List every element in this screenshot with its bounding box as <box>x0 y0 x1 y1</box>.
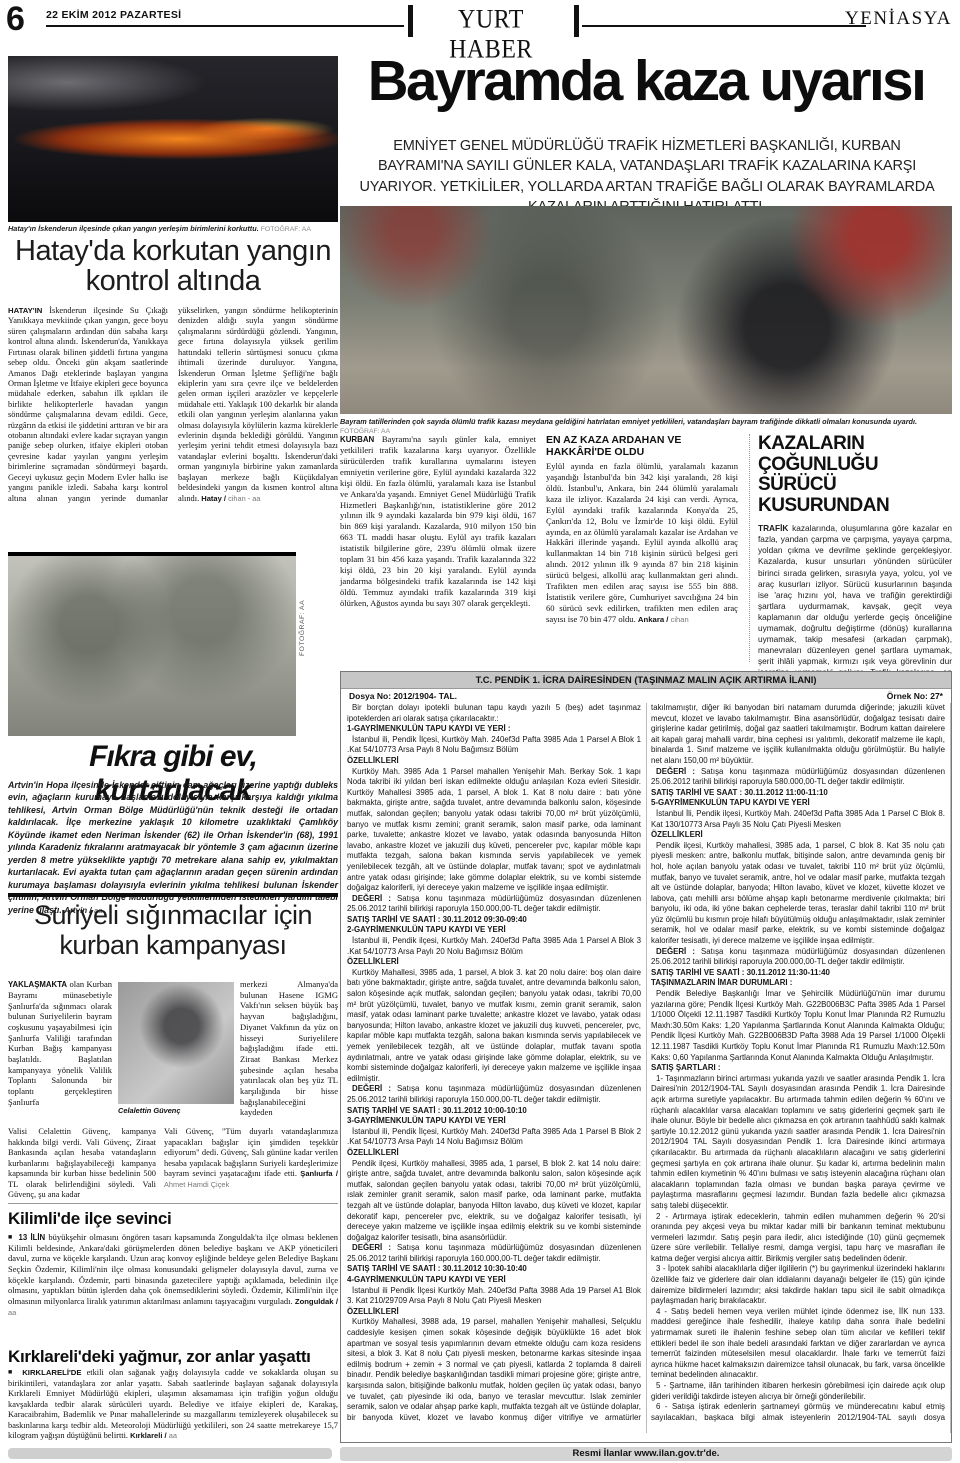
kilimli-signature-agency: aa <box>8 1308 16 1317</box>
legal-title-main: T.C. PENDİK 1. İCRA DAİRESİNDEN <box>476 675 632 685</box>
lead-headline: Bayramda kaza uyarısı <box>343 54 949 110</box>
masthead-rule-right <box>582 25 866 27</box>
hatay-lead-word: HATAY'IN <box>8 306 42 315</box>
masthead-bar-right <box>574 5 579 37</box>
section-divider-rule <box>8 893 338 897</box>
suriye-text-bottom-left: Valisi Celalettin Güvenç, kampanya hakkı… <box>8 1127 156 1199</box>
kirklareli-signature-agency: aa <box>169 1431 177 1440</box>
fire-photo-caption: Hatay'ın İskenderun ilçesinde çıkan yang… <box>8 224 338 233</box>
lead-col3-lead-word: TRAFİK <box>758 523 788 533</box>
kilimli-divider-rule <box>8 1203 338 1204</box>
lead-col1: KURBAN Bayramı'na sayılı günler kala, em… <box>340 434 536 609</box>
suriye-lead-word: YAKLAŞMAKTA <box>8 980 67 989</box>
portrait-caption: Celalettin Güvenç <box>118 1106 234 1115</box>
kirklareli-lead-word: KIRKLARELİ'DE <box>22 1368 81 1377</box>
lead-col2-text: Eylül ayında en fazla ölümlü, yaralamalı… <box>546 461 738 624</box>
suriye-text-left: olan Kurban Bayramı münasebetiyle Şanlıu… <box>8 979 112 1107</box>
suriye-col-bottom-left: Valisi Celalettin Güvenç, kampanya hakkı… <box>8 1127 156 1201</box>
suriye-signature-city: Şanlıurfa / <box>300 1169 338 1178</box>
legal-notice: T.C. PENDİK 1. İCRA DAİRESİNDEN (TAŞINMA… <box>340 671 952 1443</box>
resmi-ilanlar-bar: Resmi İlanlar www.ilan.gov.tr'de. <box>340 1447 952 1461</box>
suriye-text-right: merkezi Almanya'da bulunan Hasene IGMG V… <box>240 979 338 1117</box>
hatay-body: HATAY'IN İskenderun ilçesinde Su Çıkağı … <box>8 306 338 504</box>
masthead-bar-left <box>408 5 413 37</box>
hatay-text: İskenderun ilçesinde Su Çıkağı Yanıkkaya… <box>8 306 338 503</box>
legal-notice-text: Bir borçtan dolayı ipotekli bulunan tapu… <box>341 702 951 1434</box>
kilimli-lead-word: 13 İLİN <box>19 1233 46 1242</box>
legal-notice-subheader: Dosya No: 2012/1904- TAL. Örnek No: 27* <box>341 689 951 702</box>
lead-col1-lead-word: KURBAN <box>340 435 374 444</box>
suriye-col-left: YAKLAŞMAKTA olan Kurban Bayramı münasebe… <box>8 979 112 1108</box>
lead-col2-body: Eylül ayında en fazla ölümlü, yaralamalı… <box>546 461 738 625</box>
suriye-signature-author: Ahmet Hamdi Çiçek <box>164 1180 229 1189</box>
hatay-headline: Hatay'da korkutan yangın kontrol altında <box>8 236 338 297</box>
burned-forest-photo <box>8 552 296 736</box>
lead-col3: KAZALARIN ÇOĞUNLUĞU SÜRÜCÜ KUSURUNDAN TR… <box>749 434 952 662</box>
kirklareli-body: ■ KIRKLARELİ'DE etkili olan sağanak yağı… <box>8 1368 338 1442</box>
kirklareli-headline: Kırklareli'deki yağmur, zor anlar yaşatt… <box>8 1347 338 1367</box>
issue-date: 22 EKİM 2012 PAZARTESİ <box>46 9 181 21</box>
newspaper-logo: YENİASYA <box>845 8 952 30</box>
lead-col2-heading: EN AZ KAZA ARDAHAN VE HAKKÂRİ'DE OLDU <box>546 434 738 458</box>
crash-photo <box>340 206 952 414</box>
left-bottom-divider-bar <box>8 1448 332 1459</box>
kilimli-text: büyükşehir olmasını öngören tasarı kapsa… <box>8 1232 338 1306</box>
newspaper-page: 6 22 EKİM 2012 PAZARTESİ YURT HABER YENİ… <box>0 0 960 1463</box>
suriye-headline: Suriyeli sığınmacılar için kurban kampan… <box>8 901 338 960</box>
kirklareli-signature-city: Kırklareli / <box>130 1431 167 1440</box>
square-bullet-icon: ■ <box>8 1368 15 1376</box>
lead-col3-heading: KAZALARIN ÇOĞUNLUĞU SÜRÜCÜ KUSURUNDAN <box>758 434 952 516</box>
fire-caption-credit: FOTOĞRAF: AA <box>261 226 311 233</box>
lead-col1-text: Bayramı'na sayılı günler kala, emniyet y… <box>340 434 536 608</box>
lead-col2-signature-agency: cihan <box>671 615 689 624</box>
masthead-rule-left <box>46 25 404 27</box>
kilimli-body: ■ 13 İLİN büyükşehir olmasını öngören ta… <box>8 1232 338 1317</box>
kilimli-signature-city: Zonguldak / <box>295 1297 338 1306</box>
legal-notice-title: T.C. PENDİK 1. İCRA DAİRESİNDEN (TAŞINMA… <box>341 672 951 689</box>
celalettin-guvenc-photo <box>118 982 234 1104</box>
forest-photo-credit: FOTOĞRAF: AA <box>299 556 306 656</box>
kilimli-headline: Kilimli'de ilçe sevinci <box>8 1209 338 1229</box>
ornek-no: Örnek No: 27* <box>887 691 943 701</box>
lead-col3-text: kazalarında, oluşumlarına göre kazalar e… <box>758 523 952 689</box>
hatay-signature-agency: cihan - aa <box>228 494 260 503</box>
fire-photo <box>8 56 338 222</box>
suriye-story: YAKLAŞMAKTA olan Kurban Bayramı münasebe… <box>8 977 338 1203</box>
lead-story-columns: KURBAN Bayramı'na sayılı günler kala, em… <box>340 434 952 669</box>
suriye-col-right: merkezi Almanya'da bulunan Hasene IGMG V… <box>240 979 338 1118</box>
legal-title-sub: (TAŞINMAZ MALIN AÇIK ARTIRMA İLANI) <box>632 675 817 685</box>
crash-caption-text: Bayram tatillerinden çok sayıda ölümlü t… <box>340 417 917 426</box>
suriye-col-bottom-right: Vali Güvenç, "Tüm duyarlı vatandaşlarımı… <box>164 1127 338 1190</box>
lead-deck: EMNİYET GENEL MÜDÜRLÜĞÜ TRAFİK HİZMETLER… <box>352 136 942 217</box>
lead-col2-signature-city: Ankara / <box>638 615 669 624</box>
page-number: 6 <box>6 2 25 36</box>
lead-col3-body: TRAFİK kazalarında, oluşumlarına göre ka… <box>758 523 952 690</box>
square-bullet-icon: ■ <box>8 1233 13 1241</box>
fire-caption-text: Hatay'ın İskenderun ilçesinde çıkan yang… <box>8 224 259 233</box>
dosya-no: Dosya No: 2012/1904- TAL. <box>349 691 457 701</box>
lead-col2: EN AZ KAZA ARDAHAN VE HAKKÂRİ'DE OLDU Ey… <box>546 434 738 625</box>
kirklareli-text: etkili olan sağanak yağış dolayısıyla ca… <box>8 1368 338 1440</box>
hatay-signature-city: Hatay / <box>201 494 226 503</box>
